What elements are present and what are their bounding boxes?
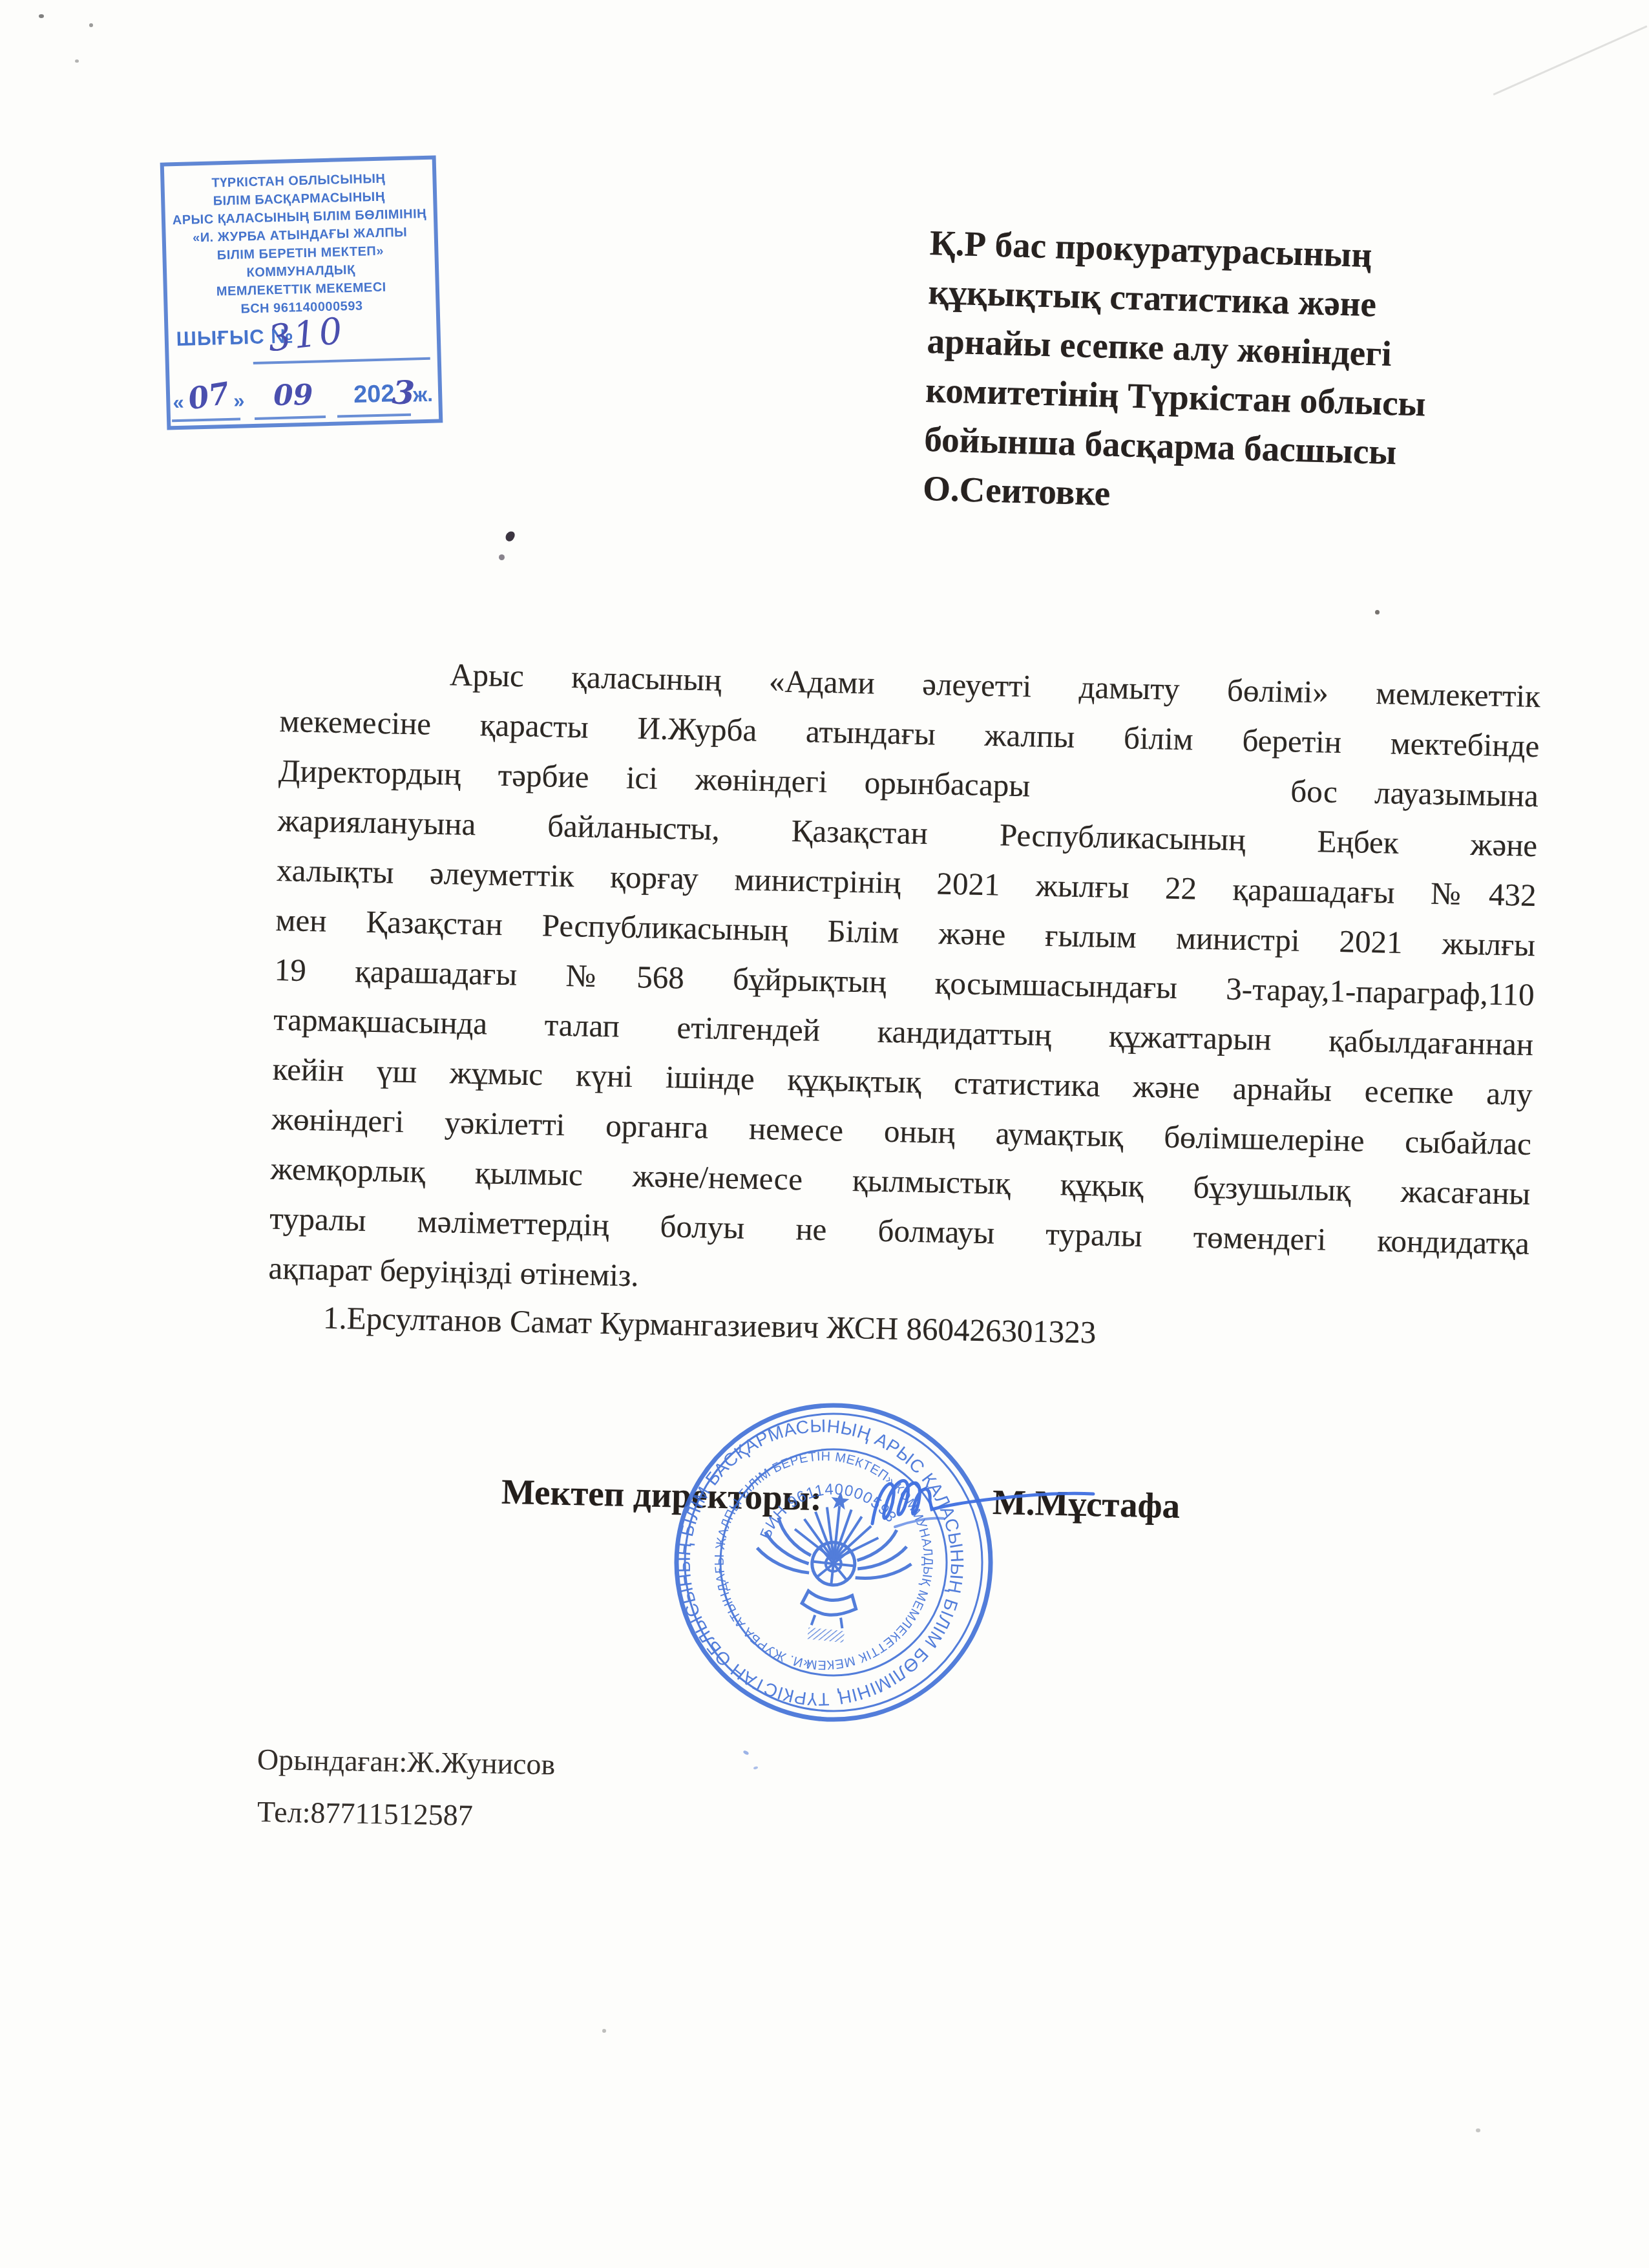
ink-blot [499, 554, 505, 560]
stamp-date-day-handwritten: 07 [185, 375, 232, 417]
stamp-org-lines: ТҮРКІСТАН ОБЛЫСЫНЫҢ БІЛІМ БАСҚАРМАСЫНЫҢ … [164, 169, 436, 320]
stamp-outgoing-number-handwritten: 310 [266, 310, 346, 360]
scanned-letter-page: ТҮРКІСТАН ОБЛЫСЫНЫҢ БІЛІМ БАСҚАРМАСЫНЫҢ … [0, 0, 1649, 2268]
scan-speck [89, 23, 93, 27]
stamp-date-close-quote: » [233, 389, 245, 412]
phone-line: Тел:87711512587 [257, 1794, 474, 1832]
executor-line: Орындаған:Ж.Жунисов [257, 1742, 556, 1781]
stamp-date-suffix: ж. [413, 383, 434, 407]
registration-stamp: ТҮРКІСТАН ОБЛЫСЫНЫҢ БІЛІМ БАСҚАРМАСЫНЫҢ … [160, 155, 443, 430]
official-round-seal: ТҮРКІСТАН ОБЛЫСЫНЫҢ БІЛІМ БАСҚАРМАСЫНЫҢ … [672, 1401, 995, 1724]
stamp-date-month-handwritten: 09 [273, 379, 313, 413]
stamp-underline [172, 418, 240, 423]
director-signature-scribble [834, 1459, 1131, 1556]
scan-speck [602, 2029, 606, 2033]
seal-ink-speck [753, 1766, 759, 1770]
scan-streak [1493, 25, 1648, 95]
emblem-left-wing [755, 1516, 815, 1573]
stamp-date-row: « 07 » 09 202 3 ж. [170, 378, 439, 426]
stamp-date-open-quote: « [173, 391, 184, 414]
stamp-date-year-printed: 202 [353, 380, 395, 409]
stamp-underline [337, 414, 411, 418]
seal-ink-speck [742, 1750, 749, 1756]
emblem-banner-hatch [807, 1628, 845, 1643]
seal-graphic: ТҮРКІСТАН ОБЛЫСЫНЫҢ БІЛІМ БАСҚАРМАСЫНЫҢ … [672, 1401, 995, 1724]
stray-dot [1375, 610, 1380, 614]
recipient-block: Қ.Р бас прокуратурасының құқықтық статис… [922, 218, 1466, 528]
body-paragraph: Арыс қаласының «Адами әлеуетті дамыту бө… [268, 646, 1541, 1318]
scan-speck [1476, 2128, 1480, 2132]
stamp-date-year-handwritten: 3 [392, 373, 415, 412]
stamp-outgoing-row: ШЫҒЫС № 310 [176, 321, 430, 370]
stamp-underline [255, 415, 326, 420]
emblem-base [800, 1590, 857, 1629]
scan-speck [39, 14, 44, 18]
scan-speck [75, 59, 79, 63]
ink-blot [505, 530, 516, 542]
